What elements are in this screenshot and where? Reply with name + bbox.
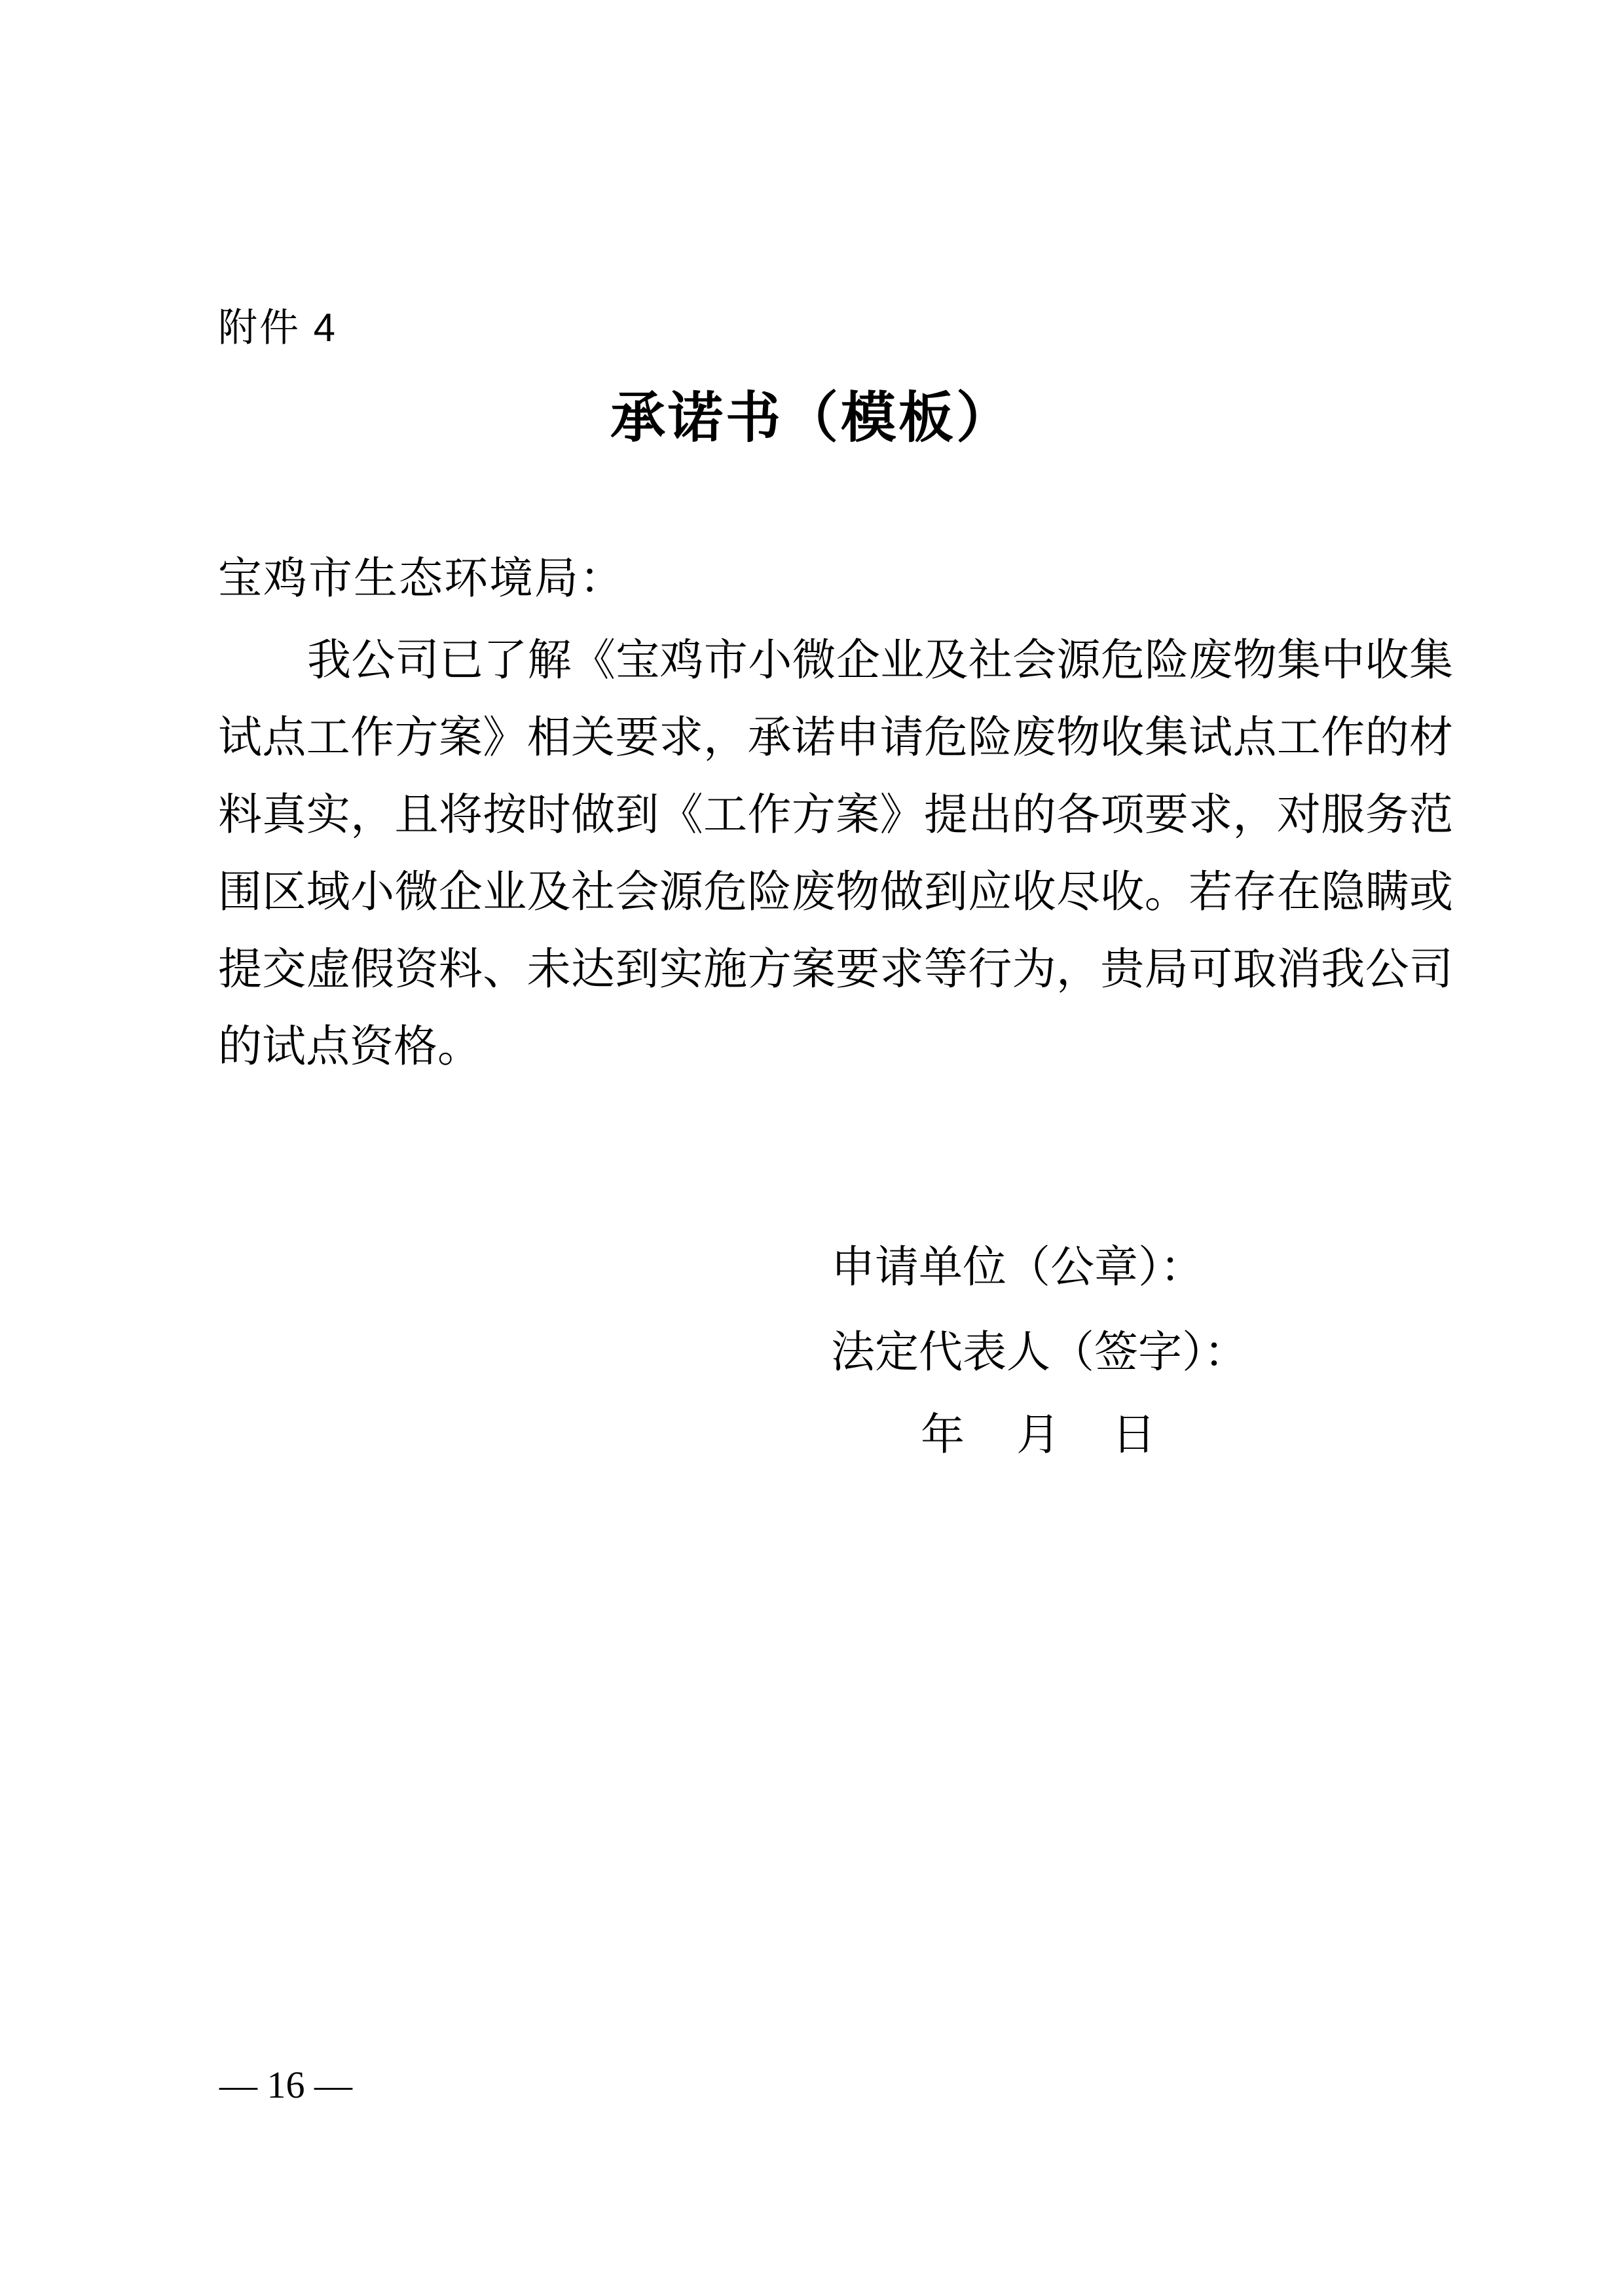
salutation: 宝鸡市生态环境局： <box>218 554 625 604</box>
page-title: 承诺书（模板） <box>0 386 1624 452</box>
page-number: — 16 — <box>219 2062 352 2108</box>
signature-unit-line: 申请单位（公章）： <box>831 1243 1204 1293</box>
signature-date-line: 年 月 日 <box>921 1410 1160 1461</box>
signature-representative-line: 法定代表人（签字）： <box>831 1328 1248 1378</box>
document-page: 附件 4 承诺书（模板） 宝鸡市生态环境局： 我公司已了解《宝鸡市小微企业及社会… <box>0 0 1624 2296</box>
attachment-label: 附件 4 <box>218 306 337 350</box>
body-paragraph: 我公司已了解《宝鸡市小微企业及社会源危险废物集中收集试点工作方案》相关要求，承诺… <box>218 622 1453 1085</box>
